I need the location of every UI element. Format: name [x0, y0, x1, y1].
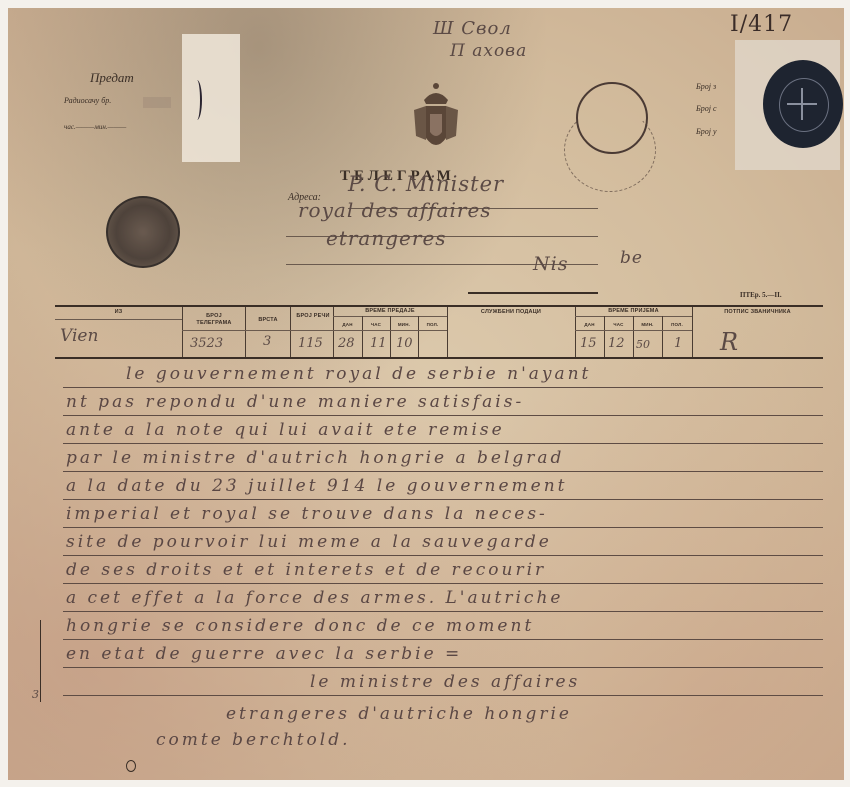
archive-ref: I/417 [730, 12, 793, 37]
header-type: ВРСТА [246, 317, 290, 324]
header-send-day: ДАН [333, 321, 362, 328]
message-line-2: nt pas repondu d'une maniere satisfais- [66, 392, 524, 412]
postmark-stamp-icon [106, 196, 180, 268]
signature-line-2: etrangeres d'autriche hongrie [226, 704, 572, 724]
address-extra: be [620, 248, 643, 268]
header-rule-left [182, 330, 447, 331]
top-note-2: П ахова [450, 41, 527, 61]
value-recv-half: 1 [674, 336, 682, 351]
value-from: Vien [60, 326, 98, 346]
message-line-5: a la date du 23 juillet 914 le gouvernem… [66, 476, 568, 496]
value-recv-hour: 12 [608, 336, 625, 351]
header-recv-hour: ЧАС [604, 321, 633, 328]
message-rule [63, 387, 823, 388]
telegram-paper: Ш Свол П ахова I/417 Предат Радиосачу бр… [8, 8, 844, 780]
margin-note: 3 [32, 688, 40, 701]
header-recv-day: ДАН [575, 321, 604, 328]
value-recv-min: 50 [636, 338, 650, 351]
left-block-stamp-box [143, 97, 171, 108]
message-line-11: en etat de guerre avec la serbie = [66, 644, 462, 664]
message-rule [63, 555, 823, 556]
header-word-count: БРОЈ РЕЧИ [296, 313, 330, 320]
value-telegram-number: 3523 [190, 336, 223, 351]
left-block-title: Предат [90, 70, 134, 86]
address-line-3: etrangeres [326, 226, 447, 250]
paper-patch-left [182, 34, 240, 162]
message-line-9: a cet effet a la force des armes. L'autr… [66, 588, 563, 608]
signature-line-3: comte berchtold. [156, 730, 351, 750]
col-divider [182, 307, 183, 357]
header-signature: ПОТПИС ЗВАНИЧНИКА [692, 309, 823, 316]
message-rule [63, 639, 823, 640]
address-line-2: royal des affaires [298, 198, 492, 222]
left-block-field-2: час.———мин.——— [64, 123, 126, 131]
value-send-day: 28 [338, 336, 355, 351]
header-rule-right [575, 330, 692, 331]
message-rule [63, 471, 823, 472]
royal-seal-icon [763, 60, 843, 148]
message-line-7: site de pourvoir lui meme a la sauvegard… [66, 532, 552, 552]
col-divider [245, 307, 246, 357]
message-rule [63, 611, 823, 612]
header-telegram-number: БРОЈ ТЕЛЕГРАМА [188, 313, 240, 327]
address-line-4: Nis [533, 253, 568, 275]
header-send-hour: ЧАС [362, 321, 390, 328]
header-send-time: ВРЕМЕ ПРЕДАЈЕ [333, 308, 447, 315]
signature-line-1: le ministre des affaires [310, 672, 580, 692]
message-line-1: le gouvernement royal de serbie n'ayant [126, 364, 591, 384]
message-rule [63, 583, 823, 584]
header-receive-time: ВРЕМЕ ПРИЈЕМА [575, 308, 692, 315]
header-from: ИЗ [55, 309, 182, 316]
message-line-8: de ses droits et et interets et de recou… [66, 560, 546, 580]
message-rule [63, 695, 823, 696]
from-header-rule [55, 319, 182, 320]
message-rule [63, 527, 823, 528]
left-block-field-1: Радиосачу бр. [64, 96, 111, 105]
coat-of-arms-icon [406, 80, 466, 160]
message-rule [63, 443, 823, 444]
message-line-3: ante a la note qui lui avait ete remise [66, 420, 505, 440]
header-official-data: СЛУЖБЕНИ ПОДАЦИ [447, 309, 575, 316]
address-line-1: P. C. Minister [348, 172, 504, 196]
message-rule [63, 667, 823, 668]
receipt-stamp-outer-icon [564, 108, 656, 192]
message-line-6: imperial et royal se trouve dans la nece… [66, 504, 548, 524]
address-underline [468, 292, 598, 294]
table-top-rule [55, 305, 823, 307]
small-circle-mark-icon [126, 760, 136, 772]
message-line-4: par le ministre d'autrich hongrie a belg… [66, 448, 564, 468]
message-rule [63, 415, 823, 416]
header-recv-half: ПОЛ. [662, 321, 692, 328]
value-recv-day: 15 [580, 336, 597, 351]
col-divider [290, 307, 291, 357]
right-block-line-3: Број у [696, 127, 717, 136]
header-send-min: МИН. [390, 321, 418, 328]
form-code: ПТЕр. 5.—II. [740, 291, 782, 299]
top-note-1: Ш Свол [433, 18, 512, 39]
right-block-line-2: Број с [696, 104, 717, 113]
value-send-min: 10 [396, 336, 413, 351]
message-line-10: hongrie se considere donc de ce moment [66, 616, 534, 636]
value-word-count: 115 [298, 336, 323, 351]
value-type: 3 [263, 334, 271, 349]
bracket-mark [192, 80, 202, 120]
right-block-line-1: Број з [696, 82, 716, 91]
value-send-hour: 11 [370, 336, 387, 351]
header-recv-min: МИН. [633, 321, 662, 328]
value-signature: R [720, 328, 738, 356]
margin-mark-icon [40, 620, 41, 702]
table-bottom-rule [55, 357, 823, 359]
message-rule [63, 499, 823, 500]
header-send-half: ПОЛ. [418, 321, 447, 328]
